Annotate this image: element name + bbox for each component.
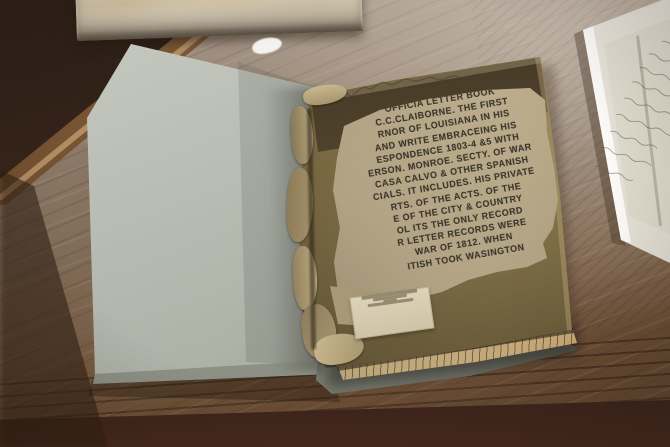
photo-vignette (0, 0, 670, 447)
photo-scene: OFFICIA LETTER BOOK C.C.CLAIBORNE. THE F… (0, 0, 670, 447)
